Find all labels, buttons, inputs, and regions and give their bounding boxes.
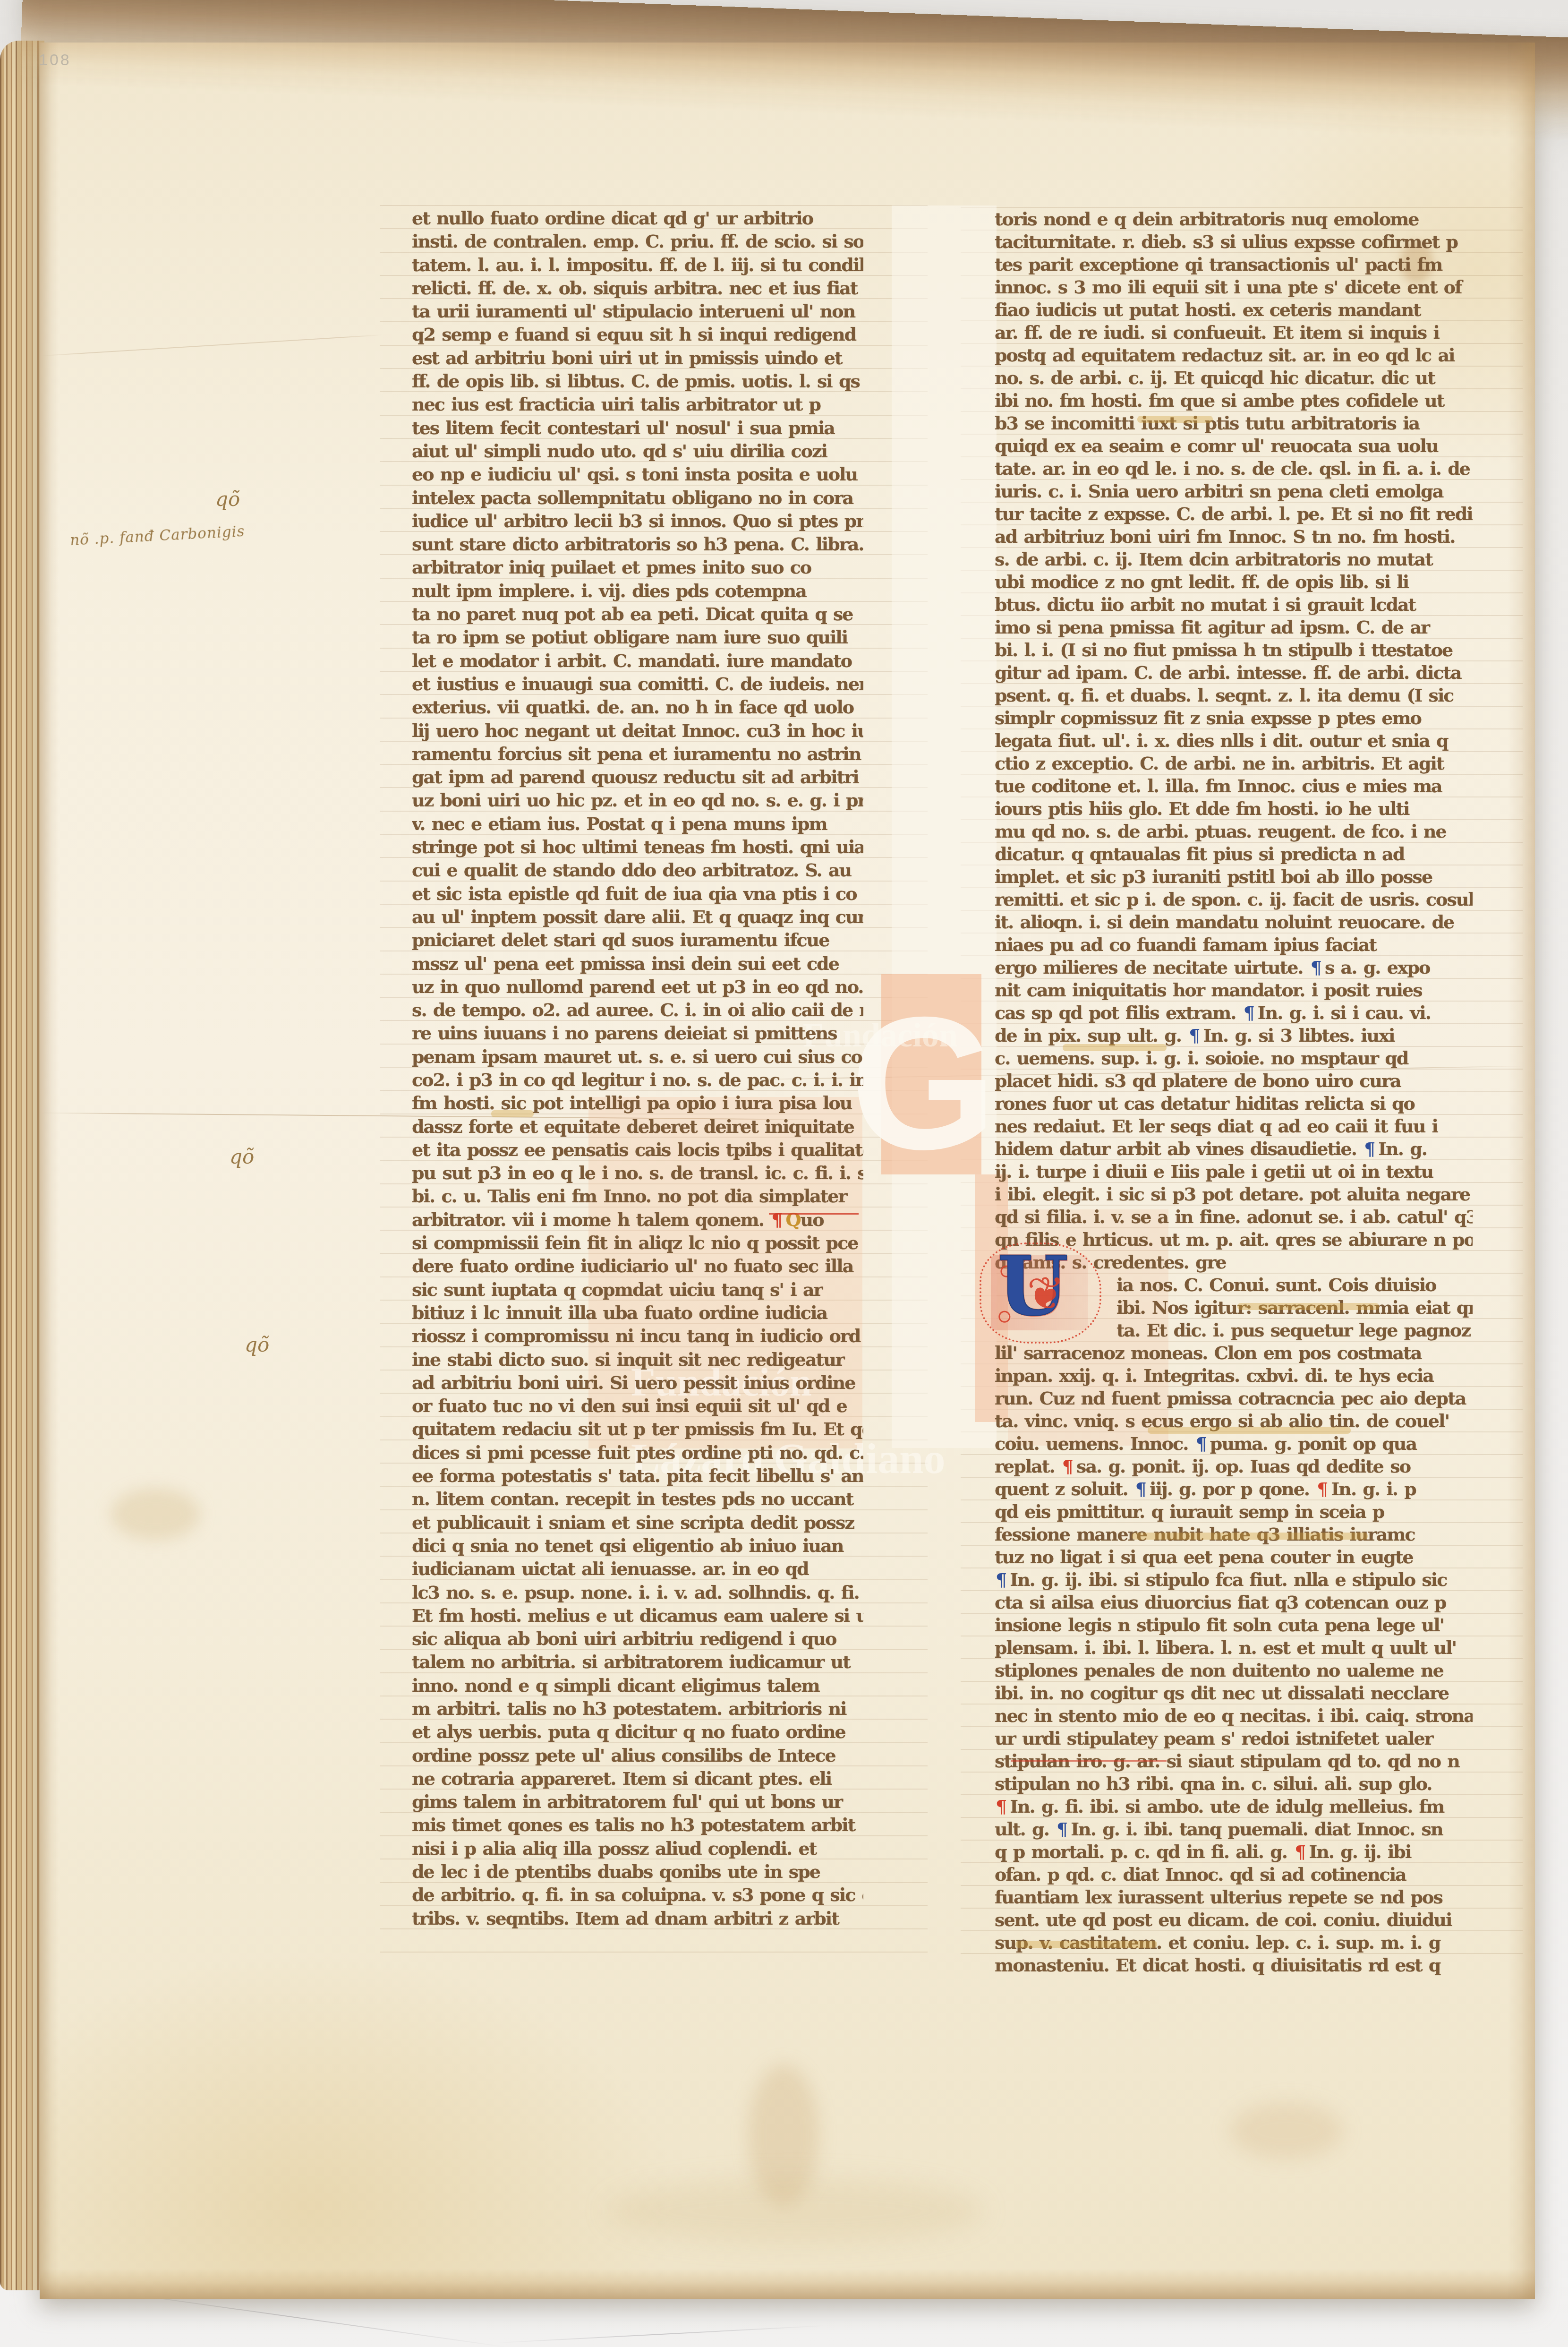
- manuscript-text-line: si compmissii fein fit in aliqz lc nio q…: [412, 1231, 863, 1254]
- manuscript-text-line: hidem datur arbit ab vines disaudietie. …: [995, 1138, 1473, 1160]
- manuscript-text-line: pniciaret delet stari qd suos iuramentu …: [412, 928, 863, 951]
- manuscript-text-line: insti. de contralen. emp. C. priu. ff. d…: [412, 230, 863, 253]
- manuscript-text-line: psent. q. fi. et duabs. l. seqnt. z. l. …: [995, 684, 1473, 707]
- manuscript-text-line: uz in quo nullomd parend eet ut p3 in eo…: [412, 975, 863, 998]
- manuscript-text-line: iudicianam uictat ali ienuasse. ar. in e…: [412, 1557, 863, 1580]
- manuscript-text-line: v. nec e etiam ius. Postat q i pena muns…: [412, 812, 863, 835]
- manuscript-text-line: et ita possz ee pensatis cais locis tpib…: [412, 1138, 863, 1161]
- manuscript-text-line: i ibi. elegit. i sic si p3 pot detare. p…: [995, 1183, 1473, 1206]
- manuscript-text-line: pu sut p3 in eo q le i no. s. de transl.…: [412, 1161, 863, 1184]
- manuscript-text-line: nit cam iniquitatis hor mandator. i posi…: [995, 979, 1473, 1002]
- manuscript-text-line: tue coditone et. l. illa. fm Innoc. cius…: [995, 775, 1473, 797]
- manuscript-text-line: ad arbitriu boni uiri. Si uero pessit in…: [412, 1371, 863, 1394]
- manuscript-text-line: replat. ¶sa. g. ponit. ij. op. Iuas qd d…: [995, 1455, 1473, 1478]
- manuscript-text-line: nec ius est fracticia uiri talis arbitra…: [412, 393, 863, 416]
- manuscript-text-line: placet hidi. s3 qd platere de bono uiro …: [995, 1070, 1473, 1092]
- manuscript-text-line: postq ad equitatem redactuz sit. ar. in …: [995, 344, 1473, 367]
- page-bottom-edge: [40, 2269, 1535, 2299]
- blue-paragraph-mark: ¶: [1135, 1478, 1147, 1499]
- manuscript-text-line: sic sunt iuptata q copmdat uiciu tanq s'…: [412, 1278, 863, 1301]
- manuscript-text-line: stiplones penales de non duitento no ual…: [995, 1659, 1473, 1682]
- manuscript-text-line: tes parit exceptione qi transactionis ul…: [995, 253, 1473, 276]
- stain: [606, 2178, 984, 2244]
- manuscript-text-line: let e modator i arbit. C. mandati. iure …: [412, 649, 863, 672]
- manuscript-text-line: nult ipm implere. i. vij. dies pds cotem…: [412, 579, 863, 602]
- manuscript-text-line: nec in stento mio de eo q necitas. i ibi…: [995, 1705, 1473, 1727]
- manuscript-text-line: q p mortali. p. c. qd in fi. ali. g. ¶In…: [995, 1841, 1473, 1863]
- book-page-edges: [0, 41, 44, 2290]
- manuscript-text-line: mis timet qones es talis no h3 potestate…: [412, 1813, 863, 1836]
- manuscript-text-line: dicatur. q qntaualas fit pius si predict…: [995, 843, 1473, 865]
- manuscript-text-line: arbitrator iniq puilaet et pmes inito su…: [412, 556, 863, 579]
- manuscript-text-line: quitatem redaciu sit ut p ter pmissis fm…: [412, 1417, 863, 1440]
- blue-paragraph-mark: ¶: [996, 1569, 1007, 1590]
- manuscript-text-line: quiqd ex ea seaim e comr ul' reuocata su…: [995, 435, 1473, 457]
- manuscript-text-line: q2 semp e fuand si equu sit h si inqui r…: [412, 323, 863, 346]
- manuscript-text-line: ff. de opis lib. si libtus. C. de pmis. …: [412, 369, 863, 393]
- manuscript-text-line: s. de arbi. c. ij. Item dcin arbitratori…: [995, 548, 1473, 571]
- manuscript-text-line: stipulan no h3 ribi. qna in. c. silui. a…: [995, 1773, 1473, 1795]
- manuscript-text-line: m arbitri. talis no h3 potestatem. arbit…: [412, 1697, 863, 1720]
- blue-paragraph-mark: ¶: [1189, 1025, 1200, 1046]
- ochre-highlight: [491, 1110, 534, 1117]
- manuscript-text-line: toris nond e q dein arbitratoris nuq emo…: [995, 208, 1473, 231]
- manuscript-text-line: imo si pena pmissa fit agitur ad ipsm. C…: [995, 616, 1473, 639]
- margin-note-quaestio: qõ: [215, 488, 240, 511]
- manuscript-text-line: taciturnitate. r. dieb. s3 si ulius exps…: [995, 231, 1473, 253]
- manuscript-text-line: n. litem contan. recepit in testes pds n…: [412, 1487, 863, 1510]
- manuscript-text-line: simplr copmissuz fit z snia expsse p pte…: [995, 707, 1473, 729]
- ochre-highlight: [1132, 1533, 1368, 1540]
- stain: [111, 1488, 200, 1540]
- manuscript-text-line: stringe pot si hoc ultimi teneas fm host…: [412, 835, 863, 858]
- manuscript-text-line: nes redaiut. Et ler seqs diat q ad eo ca…: [995, 1115, 1473, 1138]
- red-paragraph-mark: ¶: [771, 1209, 783, 1230]
- manuscript-text-line: ramentu forcius sit pena et iuramentu no…: [412, 742, 863, 765]
- manuscript-text-line: or fuato tuc no vi den sui insi equii si…: [412, 1394, 863, 1417]
- manuscript-text-line: et alys uerbis. puta q dicitur q no fuat…: [412, 1720, 863, 1743]
- manuscript-text-line: gims talem in arbitratorem ful' qui ut b…: [412, 1790, 863, 1813]
- blue-paragraph-mark: ¶: [1196, 1433, 1207, 1454]
- manuscript-text-line: run. Cuz nd fuent pmissa cotracncia pec …: [995, 1387, 1473, 1410]
- manuscript-text-line: penam ipsam mauret ut. s. e. si uero cui…: [412, 1045, 863, 1068]
- diagonal-crease: [43, 334, 383, 356]
- manuscript-text-line: relicti. ff. de. x. ob. siquis arbitra. …: [412, 276, 863, 300]
- blue-paragraph-mark: ¶: [1057, 1818, 1068, 1840]
- manuscript-text-line: dices si pmi pcesse fuit ptes ordine pti…: [412, 1441, 863, 1464]
- red-paragraph-mark: ¶: [1295, 1841, 1306, 1862]
- manuscript-text-line: coiu. uemens. Innoc. ¶puma. g. ponit op …: [995, 1432, 1473, 1455]
- manuscript-text-line: lc3 no. s. e. psup. none. i. i. v. ad. s…: [412, 1581, 863, 1604]
- manuscript-text-line: de arbitrio. q. fi. in sa coluipna. v. s…: [412, 1883, 863, 1906]
- manuscript-text-line: tribs. v. seqntibs. Item ad dnam arbitri…: [412, 1907, 863, 1930]
- manuscript-text-line: tur tacite z expsse. C. de arbi. l. pe. …: [995, 503, 1473, 525]
- manuscript-text-line: bi. c. u. Talis eni fm Inno. no pot dia …: [412, 1184, 863, 1208]
- manuscript-text-line: cas sp qd pot filis extram. ¶In. g. i. s…: [995, 1002, 1473, 1024]
- manuscript-text-line: plensam. i. ibi. l. libera. l. n. est et…: [995, 1636, 1473, 1659]
- manuscript-text-line: nisi i p alia aliq illa possz aliud copl…: [412, 1837, 863, 1860]
- manuscript-text-line: ta ro ipm se potiut obligare nam iure su…: [412, 625, 863, 649]
- margin-note-quaestio: qõ: [230, 1145, 254, 1168]
- manuscript-text-line: co2. i p3 in co qd legitur i no. s. de p…: [412, 1068, 863, 1091]
- red-underline: [769, 1213, 859, 1215]
- manuscript-text-line: ar. ff. de re iudi. si confueuit. Et ite…: [995, 321, 1473, 344]
- manuscript-text-line: niaes pu ad co fuandi famam ipius faciat: [995, 934, 1473, 956]
- manuscript-text-line: s. de tempo. o2. ad auree. C. i. in oi a…: [412, 998, 863, 1021]
- manuscript-text-line: ¶In. g. fi. ibi. si ambo. ute de idulg m…: [995, 1795, 1473, 1818]
- manuscript-text-line: sent. ute qd post eu dicam. de coi. coni…: [995, 1909, 1473, 1931]
- manuscript-text-line: dassz forte et equitate deberet deiret i…: [412, 1115, 863, 1138]
- manuscript-text-line: et nullo fuato ordine dicat qd g' ur arb…: [412, 206, 863, 230]
- manuscript-text-line: tuz no ligat i si qua eet pena couter in…: [995, 1546, 1473, 1568]
- manuscript-text-line: btus. dictu iio arbit no mutat i si grau…: [995, 593, 1473, 616]
- manuscript-text-line: ij. i. turpe i diuii e Iiis pale i getii…: [995, 1160, 1473, 1183]
- manuscript-text-line: no. s. de arbi. c. ij. Et quicqd hic dic…: [995, 367, 1473, 389]
- ochre-highlight: [1137, 416, 1213, 423]
- manuscript-text-line: qd eis pmittitur. q iurauit semp in scei…: [995, 1500, 1473, 1523]
- manuscript-text-line: ubi modice z no gnt ledit. ff. de opis l…: [995, 571, 1473, 593]
- manuscript-text-line: et iustius e inuaugi sua comitti. C. de …: [412, 672, 863, 695]
- manuscript-text-line: inno. nond e q simpli dicant eligimus ta…: [412, 1674, 863, 1697]
- manuscript-text-line: ur urdi stipulatey peam s' redoi istnife…: [995, 1727, 1473, 1750]
- page-gutter-shadow: [40, 43, 59, 2299]
- manuscript-text-line: mu qd no. s. de arbi. ptuas. reugent. de…: [995, 820, 1473, 843]
- manuscript-text-line: talem no arbitria. si arbitratorem iudic…: [412, 1650, 863, 1673]
- manuscript-text-line: fm hosti. sic pot intelligi pa opio i iu…: [412, 1091, 863, 1114]
- manuscript-text-line: legata fiut. ul'. i. x. dies nlls i dit.…: [995, 729, 1473, 752]
- manuscript-text-line: arbitrator. vii i mome h talem qonem. ¶Q…: [412, 1208, 863, 1231]
- manuscript-text-line: insione legis n stipulo fit soln cuta pe…: [995, 1614, 1473, 1636]
- surface-crease: [496, 2325, 826, 2344]
- manuscript-text-line: bi. l. i. (I si no fiut pmissa h tn stip…: [995, 639, 1473, 661]
- manuscript-photo: { "page": { "folio_number": "108", "parc…: [0, 0, 1568, 2347]
- manuscript-text-line: et sic ista epistle qd fuit de iua qia v…: [412, 882, 863, 905]
- manuscript-text-line: cui e qualit de stando ddo deo arbitrato…: [412, 858, 863, 882]
- manuscript-text-line: qd si filia. i. v. se a in fine. adonut …: [995, 1206, 1473, 1228]
- manuscript-text-line: it. alioqn. i. si dein mandatu noluint r…: [995, 911, 1473, 934]
- manuscript-text-line: de in pix. sup ult. g. ¶In. g. si 3 libt…: [995, 1024, 1473, 1047]
- stain: [1230, 2102, 1343, 2159]
- decorated-initial-u: U ❦: [986, 1247, 1096, 1337]
- margin-note-quaestio: qõ: [245, 1333, 269, 1356]
- page-top-stained-edge: [19, 0, 1568, 142]
- manuscript-text-line: ibi. in. no cogitur qs dit nec ut dissal…: [995, 1682, 1473, 1705]
- manuscript-text-line: implet. et sic p3 iuraniti pstitl boi ab…: [995, 865, 1473, 888]
- gold-initial-q: Q: [785, 1209, 800, 1230]
- manuscript-text-line: et publicauit i sniam et sine scripta de…: [412, 1511, 863, 1534]
- manuscript-text-line: iuris. c. i. Snia uero arbitri sn pena c…: [995, 480, 1473, 503]
- manuscript-text-line: ta no paret nuq pot ab ea peti. Dicat qu…: [412, 602, 863, 625]
- manuscript-text-line: quent z soluit. ¶iij. g. por p qone. ¶In…: [995, 1478, 1473, 1500]
- manuscript-text-line: ofan. p qd. c. diat Innoc. qd si ad coti…: [995, 1863, 1473, 1886]
- manuscript-text-line: ctio z exceptio. C. de arbi. ne in. arbi…: [995, 752, 1473, 775]
- manuscript-text-line: ult. g. ¶In. g. i. ibi. tanq puemali. di…: [995, 1818, 1473, 1841]
- folio-number: 108: [39, 51, 71, 69]
- manuscript-text-line: rones fuor ut cas detatur hiditas relict…: [995, 1092, 1473, 1115]
- ochre-highlight: [1015, 1941, 1157, 1948]
- manuscript-text-line: tatem. l. au. i. l. impositu. ff. de l. …: [412, 253, 863, 276]
- blue-paragraph-mark: ¶: [1311, 957, 1322, 978]
- manuscript-text-line: iours ptis hiis glo. Et dde fm hosti. io…: [995, 797, 1473, 820]
- manuscript-text-line: dici q snia no tenet qsi eligentio ab in…: [412, 1534, 863, 1557]
- manuscript-text-line: est ad arbitriu boni uiri ut in pmissis …: [412, 346, 863, 369]
- manuscript-text-line: sunt stare dicto arbitratoris so h3 pena…: [412, 532, 863, 556]
- ochre-highlight: [1237, 1303, 1379, 1310]
- manuscript-text-line: sic aliqua ab boni uiri arbitriu redigen…: [412, 1627, 863, 1650]
- manuscript-text-line: fuantiam lex iurassent ulterius repete s…: [995, 1886, 1473, 1909]
- manuscript-text-line: uz boni uiri uo hic pz. et in eo qd no. …: [412, 788, 863, 812]
- manuscript-text-line: monasteniu. Et dicat hosti. q diuisitati…: [995, 1954, 1473, 1977]
- manuscript-text-line: ¶In. g. ij. ibi. si stipulo fca fiut. nl…: [995, 1568, 1473, 1591]
- manuscript-text-line: ad arbitriuz boni uiri fm Innoc. S tn no…: [995, 525, 1473, 548]
- manuscript-text-line: gitur ad ipam. C. de arbi. intesse. ff. …: [995, 661, 1473, 684]
- manuscript-text-line: remitti. et sic p i. de spon. c. ij. fac…: [995, 888, 1473, 911]
- manuscript-text-line: Et fm hosti. melius e ut dicamus eam ual…: [412, 1604, 863, 1627]
- manuscript-text-line: inpan. xxij. q. i. Integritas. cxbvi. di…: [995, 1364, 1473, 1387]
- manuscript-text-line: de lec i de ptentibs duabs qonibs ute in…: [412, 1860, 863, 1883]
- manuscript-text-line: intelex pacta sollempnitatu obligano no …: [412, 486, 863, 509]
- manuscript-text-line: riossz i compromissu ni incu tanq in iud…: [412, 1324, 863, 1347]
- initial-palmette-icon: ❦: [1027, 1268, 1055, 1319]
- red-paragraph-mark: ¶: [1062, 1456, 1074, 1477]
- manuscript-text-line: ne cotraria appareret. Item si dicant pt…: [412, 1767, 863, 1790]
- manuscript-text-line: ergo milieres de necitate uirtute. ¶s a.…: [995, 956, 1473, 979]
- blue-paragraph-mark: ¶: [1244, 1002, 1255, 1023]
- left-text-column: et nullo fuato ordine dicat qd g' ur arb…: [412, 206, 863, 1930]
- manuscript-text-line: aiut ul' simpli nudo uto. qd s' uiu diri…: [412, 439, 863, 463]
- manuscript-text-line: bitiuz i lc innuit illa uba fuato ordine…: [412, 1301, 863, 1324]
- manuscript-text-line: ine stabi dicto suo. si inquit sit nec r…: [412, 1348, 863, 1371]
- manuscript-text-line: mssz ul' pena eet pmissa insi dein sui e…: [412, 952, 863, 975]
- manuscript-text-line: exterius. vii quatki. de. an. no h in fa…: [412, 695, 863, 719]
- blue-paragraph-mark: ¶: [1364, 1138, 1375, 1159]
- manuscript-text-line: eo np e iudiciu ul' qsi. s toni insta po…: [412, 463, 863, 486]
- manuscript-text-line: lil' sarracenoz moneas. Clon em pos cost…: [995, 1342, 1473, 1364]
- right-text-column: toris nond e q dein arbitratoris nuq emo…: [995, 208, 1473, 1977]
- manuscript-text-line: tes litem fecit contestari ul' nosul' i …: [412, 416, 863, 439]
- manuscript-text-line: lij uero hoc negant ut deitat Innoc. cu3…: [412, 719, 863, 742]
- ochre-highlight: [1148, 1427, 1351, 1434]
- manuscript-text-line: ibi no. fm hosti. fm que si ambe ptes co…: [995, 389, 1473, 412]
- manuscript-text-line: au ul' inptem possit dare alii. Et q qua…: [412, 905, 863, 928]
- manuscript-text-line: cta si ailsa eius diuorcius fiat q3 cote…: [995, 1591, 1473, 1614]
- manuscript-text-line: re uins iuuans i no parens deieiat si pm…: [412, 1021, 863, 1045]
- manuscript-text-line: fiao iudicis ut putat hosti. ex ceteris …: [995, 299, 1473, 321]
- ochre-highlight: [1063, 1044, 1167, 1051]
- manuscript-text-line: ee forma potestatis s' tata. pita fecit …: [412, 1464, 863, 1487]
- manuscript-text-line: ordine possz pete ul' alius consilibs de…: [412, 1744, 863, 1767]
- red-paragraph-mark: ¶: [1317, 1478, 1328, 1499]
- manuscript-text-line: gat ipm ad parend quousz reductu sit ad …: [412, 765, 863, 788]
- manuscript-text-line: tate. ar. in eo qd le. i no. s. de cle. …: [995, 457, 1473, 480]
- manuscript-text-line: ta urii iuramenti ul' stipulacio interue…: [412, 300, 863, 323]
- manuscript-text-line: iudice ul' arbitro lecii b3 si innos. Qu…: [412, 509, 863, 532]
- manuscript-text-line: b3 se incomitti iuxt si ptis tutu arbitr…: [995, 412, 1473, 435]
- manuscript-text-line: dere fuato ordine iudiciario ul' no fuat…: [412, 1254, 863, 1277]
- red-underline: [1011, 1760, 1167, 1762]
- red-paragraph-mark: ¶: [996, 1796, 1007, 1817]
- manuscript-text-line: innoc. s 3 mo ili equii sit i una pte s'…: [995, 276, 1473, 299]
